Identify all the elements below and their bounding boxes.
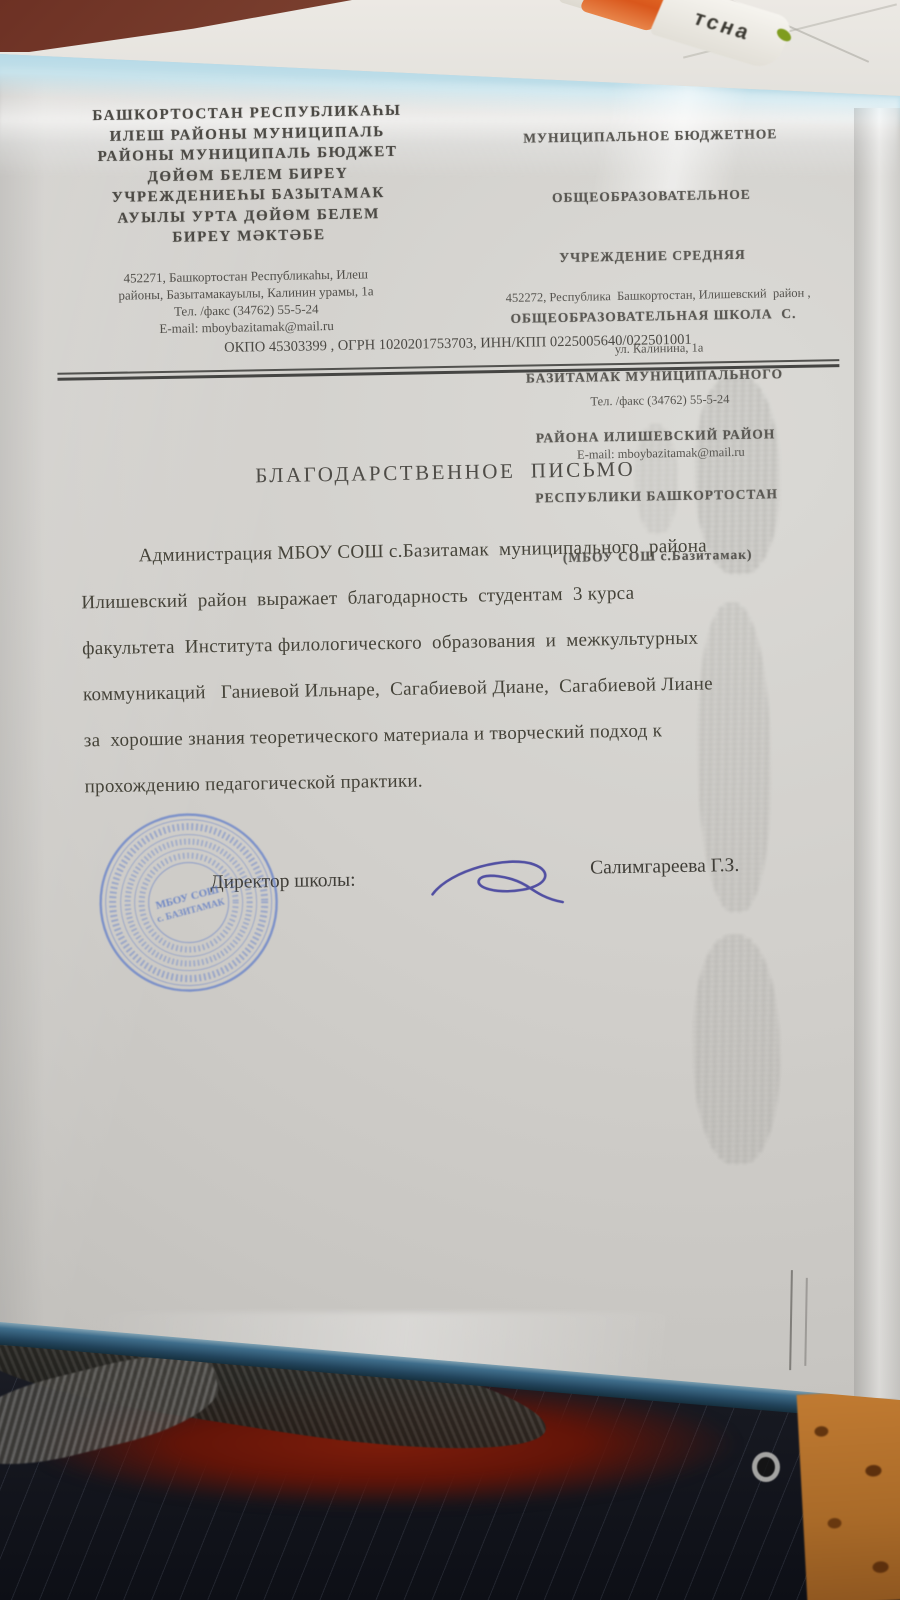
- contacts-bashkir: 452271, Башкортостан Республикаһы, Илеш …: [50, 264, 443, 339]
- toner-smudge: [691, 934, 781, 1165]
- director-signature-ink: [422, 842, 583, 931]
- header-line: МУНИЦИПАЛЬНОЕ БЮДЖЕТНОЕ: [451, 123, 849, 150]
- contact-line: Тел. /факс (34762) 55-5-24: [462, 389, 858, 413]
- carpet-pattern: [797, 1389, 900, 1600]
- contact-line: 452272, Республика Башкортостан, Илишевс…: [460, 284, 856, 308]
- page-content: БАШКОРТОСТАН РЕСПУБЛИКАҺЫ ИЛЕШ РАЙОНЫ МУ…: [0, 40, 900, 1416]
- body-line: Илишевский район выражает благодарность …: [81, 579, 825, 614]
- header-line: ОБЩЕОБРАЗОВАТЕЛЬНОЕ: [452, 183, 850, 210]
- toner-smudge: [694, 374, 781, 575]
- toner-smudge: [634, 424, 678, 535]
- grommet-eyelet: [752, 1452, 780, 1482]
- letter-document: БАШКОРТОСТАН РЕСПУБЛИКАҺЫ ИЛЕШ РАЙОНЫ МУ…: [0, 48, 900, 1408]
- header-bashkir: БАШКОРТОСТАН РЕСПУБЛИКАҺЫ ИЛЕШ РАЙОНЫ МУ…: [49, 100, 447, 250]
- school-round-stamp: МБОУ СОШ с. БАЗИТАМАК: [95, 809, 282, 996]
- sleeve-right-edge: [854, 108, 900, 1398]
